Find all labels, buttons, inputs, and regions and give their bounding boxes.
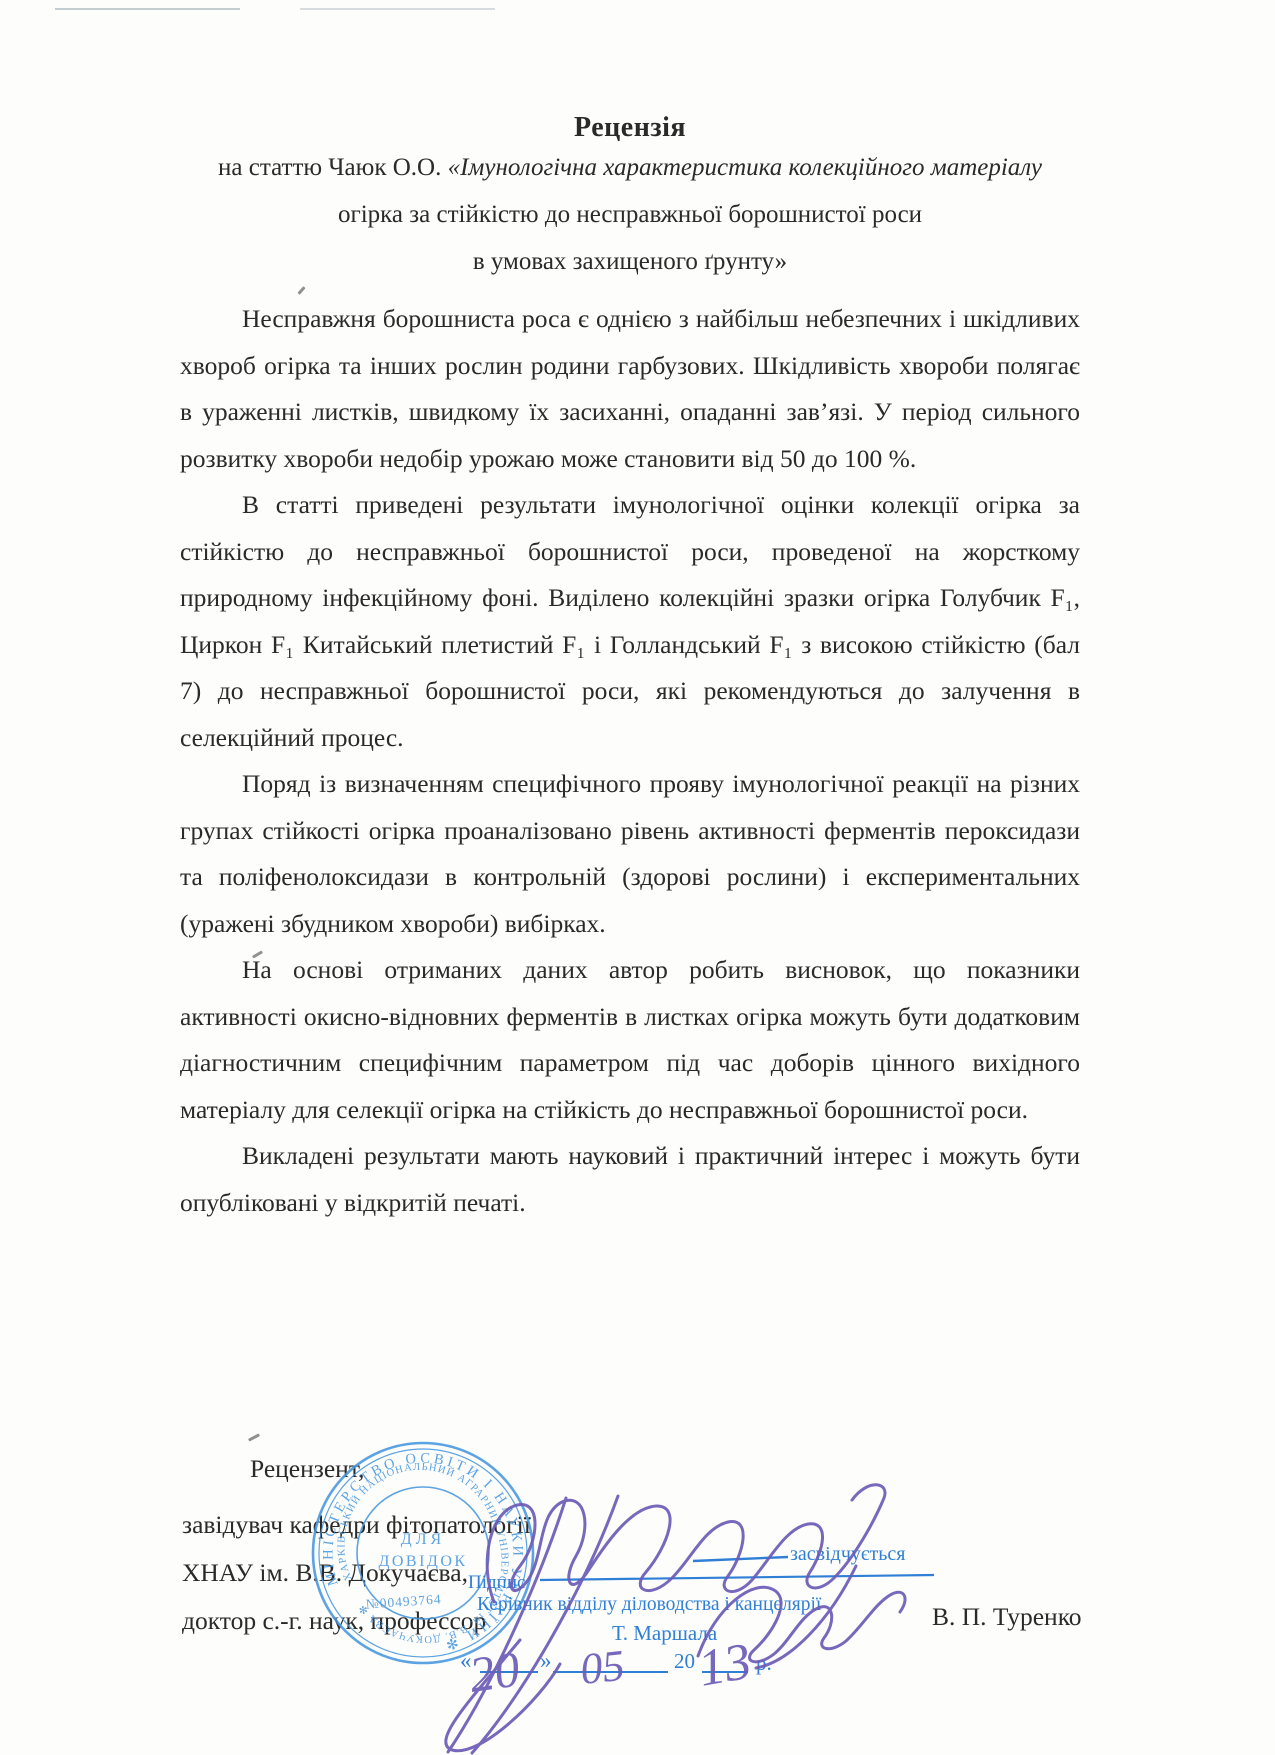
scan-artifact-line (300, 8, 495, 10)
date-year-suffix: р. (756, 1651, 772, 1675)
review-body: Несправжня борошниста роса є однією з на… (180, 296, 1080, 1226)
signature-caption: Підпис (468, 1572, 525, 1593)
page-title: Рецензія (180, 112, 1080, 144)
scan-artifact-mark (248, 1433, 260, 1441)
reviewer-position-line-3: доктор с.-г. наук, профессор (182, 1606, 486, 1636)
certification-block: Підпис Керівник відділу діловодства і ка… (460, 1543, 934, 1675)
stamp-inner-circle (357, 1487, 489, 1619)
date-year-prefix: 20 (674, 1649, 695, 1673)
certify-label: засвідчується (790, 1543, 905, 1565)
handwritten-month: 05 (578, 1641, 627, 1694)
clerk-signature-flourish (756, 1566, 856, 1668)
reviewer-handwritten-signature (487, 1485, 885, 1602)
body-paragraph: Несправжня борошниста роса є однією з на… (180, 296, 1080, 482)
article-title-part-3: в умовах захищеного ґрунту» (180, 238, 1080, 285)
reviewer-label: Рецензент, (250, 1454, 364, 1484)
handwritten-day: 20 (466, 1640, 523, 1702)
clerk-title: Керівник відділу діловодства і канцелярі… (477, 1594, 822, 1615)
body-paragraph: На основі отриманих даних автор робить в… (180, 947, 1080, 1133)
handwritten-year: 13 (694, 1633, 755, 1698)
article-title-part-1: «Імунологічна характеристика колекційног… (448, 154, 1042, 181)
reviewer-name: В. П. Туренко (932, 1602, 1082, 1632)
body-paragraph: В статті приведені результати імунологіч… (180, 482, 1080, 761)
reviewer-position-line-1: завідувач кафедри фітопатології (182, 1510, 531, 1540)
scanned-review-document: Рецензія на статтю Чаюк О.О. «Імунологіч… (0, 0, 1275, 1755)
clerk-name: Т. Маршала (612, 1621, 718, 1645)
scan-artifact-mark (297, 286, 305, 295)
body-paragraph: Поряд із визначенням специфічного прояву… (180, 761, 1080, 947)
article-reference-prefix: на статтю Чаюк О.О. (218, 154, 448, 181)
certify-dash-line (693, 1557, 788, 1561)
date-open-quote: « (460, 1648, 472, 1673)
body-paragraph: Викладені результати мають науковий і пр… (180, 1133, 1080, 1226)
scan-artifact-line (55, 8, 240, 10)
signature-line (540, 1575, 934, 1580)
article-title-part-2: огірка за стійкістю до несправжньої боро… (180, 191, 1080, 238)
signature-flourish-stroke (446, 1640, 560, 1751)
reviewer-position-line-2: ХНАУ ім. В.В. Докучаєва, (182, 1558, 468, 1588)
document-header: Рецензія на статтю Чаюк О.О. «Імунологіч… (180, 112, 1080, 285)
clerk-handwritten-signature (698, 1587, 905, 1662)
date-close-quote: » (540, 1648, 552, 1673)
article-reference-line: на статтю Чаюк О.О. «Імунологічна характ… (180, 144, 1080, 191)
